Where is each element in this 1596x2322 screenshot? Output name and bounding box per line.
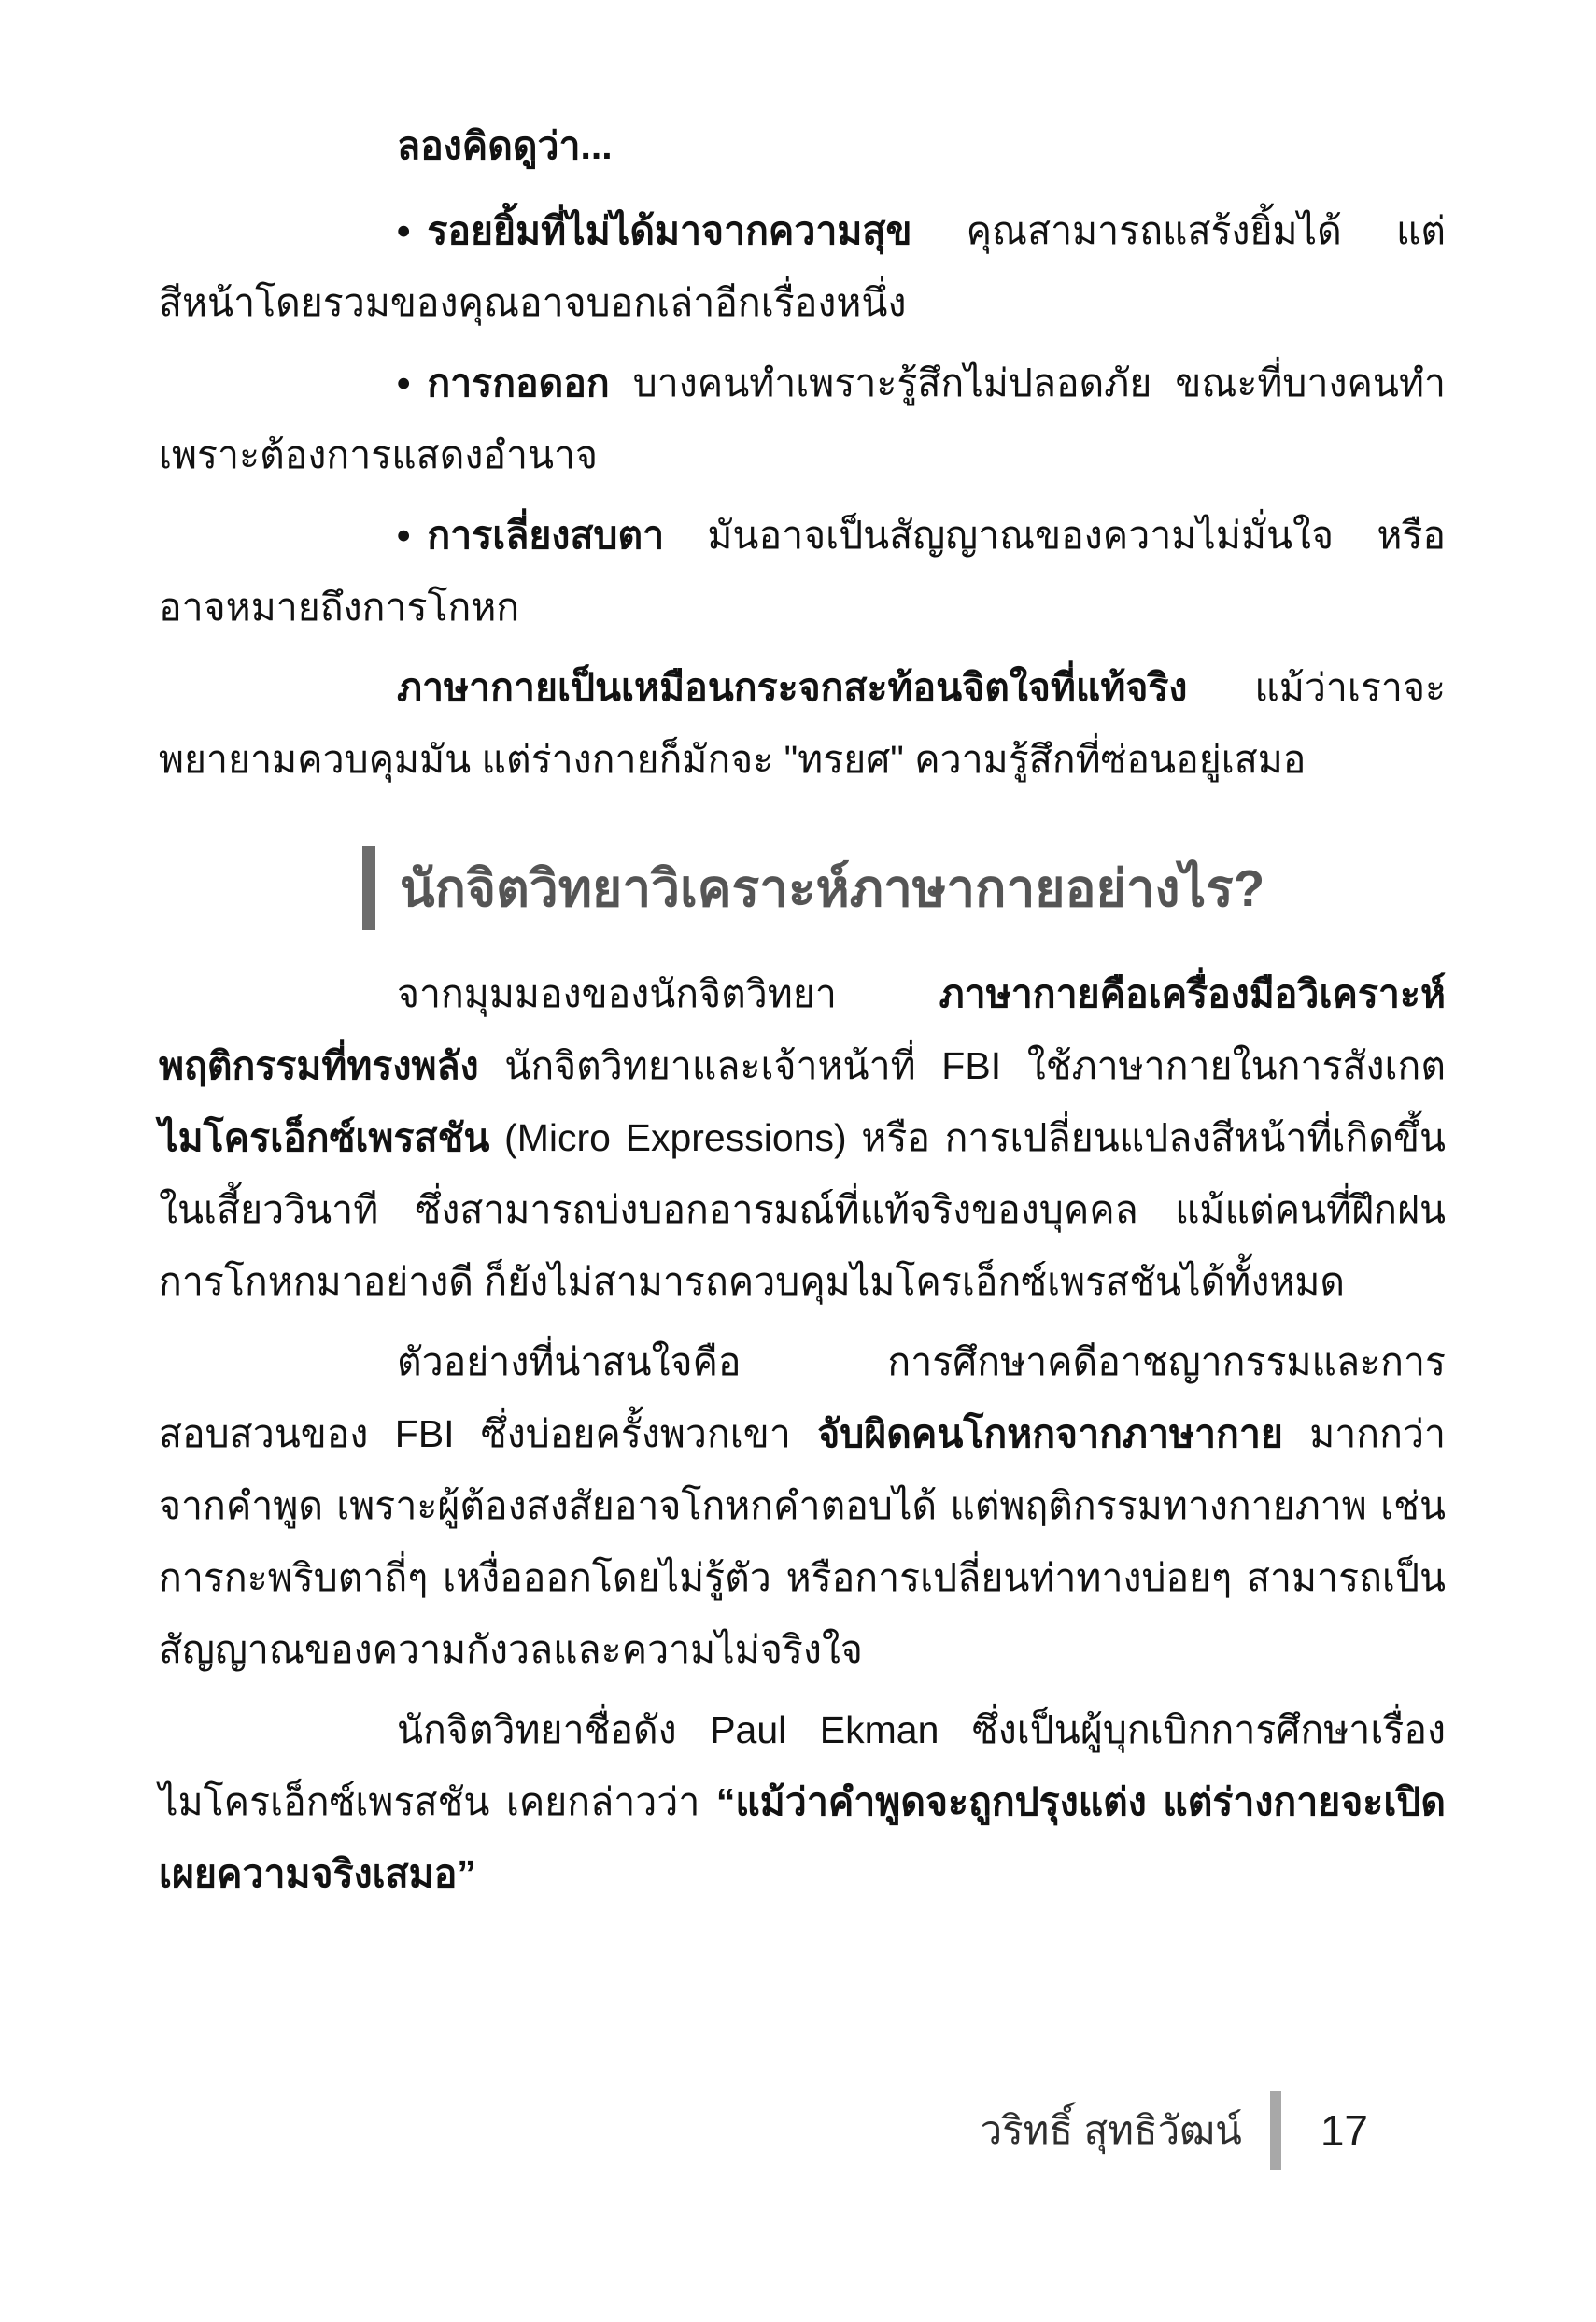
bullet-item: •การกอดอก บางคนทำเพราะรู้สึกไม่ปลอดภัย ข… — [159, 347, 1446, 491]
text-segment: ลองคิดดูว่า... — [397, 124, 613, 167]
lead-heading: ลองคิดดูว่า... — [159, 110, 1446, 182]
section-accent-bar — [362, 846, 375, 930]
bullet-item: •การเลี่ยงสบตา มันอาจเป็นสัญญาณของความไม… — [159, 500, 1446, 644]
footer-author: วริทธิ์ สุทธิวัฒน์ — [981, 2100, 1242, 2161]
text-segment: การกอดอก — [427, 361, 609, 404]
text-segment: จากมุมมองของนักจิตวิทยา — [397, 972, 939, 1015]
text-segment: นักจิตวิทยาและเจ้าหน้าที่ FBI ใช้ภาษากาย… — [479, 1044, 1446, 1087]
section-title: นักจิตวิทยาวิเคราะห์ภาษากายอย่างไร? — [400, 860, 1264, 917]
text-segment: ภาษากายเป็นเหมือนกระจกสะท้อนจิตใจที่แท้จ… — [397, 666, 1187, 709]
paragraph: ตัวอย่างที่น่าสนใจคือ การศึกษาคดีอาชญากร… — [159, 1326, 1446, 1686]
bullet-icon: • — [397, 209, 427, 252]
page-content: ลองคิดดูว่า...•รอยยิ้มที่ไม่ได้มาจากความ… — [159, 110, 1446, 1918]
page-number: 17 — [1321, 2105, 1368, 2156]
text-segment: ไมโครเอ็กซ์เพรสชัน — [159, 1116, 489, 1159]
text-segment: รอยยิ้มที่ไม่ได้มาจากความสุข — [427, 209, 911, 252]
paragraph: ภาษากายเป็นเหมือนกระจกสะท้อนจิตใจที่แท้จ… — [159, 652, 1446, 796]
paragraph: นักจิตวิทยาชื่อดัง Paul Ekman ซึ่งเป็นผู… — [159, 1694, 1446, 1910]
section-header: นักจิตวิทยาวิเคราะห์ภาษากายอย่างไร? — [362, 846, 1446, 930]
page-footer: วริทธิ์ สุทธิวัฒน์ 17 — [981, 2091, 1369, 2170]
bullet-item: •รอยยิ้มที่ไม่ได้มาจากความสุข คุณสามารถแ… — [159, 195, 1446, 339]
paragraph: จากมุมมองของนักจิตวิทยา ภาษากายคือเครื่อ… — [159, 958, 1446, 1318]
bullet-icon: • — [397, 514, 427, 557]
text-segment: จับผิดคนโกหกจากภาษากาย — [817, 1412, 1283, 1455]
text-segment: มันอาจเป็นสัญญาณของความไม่มั่นใจ หรืออาจ… — [159, 514, 1446, 629]
text-segment: การเลี่ยงสบตา — [427, 514, 664, 557]
book-page: ลองคิดดูว่า...•รอยยิ้มที่ไม่ได้มาจากความ… — [0, 0, 1596, 2322]
bullet-icon: • — [397, 361, 427, 404]
footer-divider-bar — [1270, 2091, 1281, 2170]
text-segment: บางคนทำเพราะรู้สึกไม่ปลอดภัย ขณะที่บางคน… — [159, 361, 1446, 476]
